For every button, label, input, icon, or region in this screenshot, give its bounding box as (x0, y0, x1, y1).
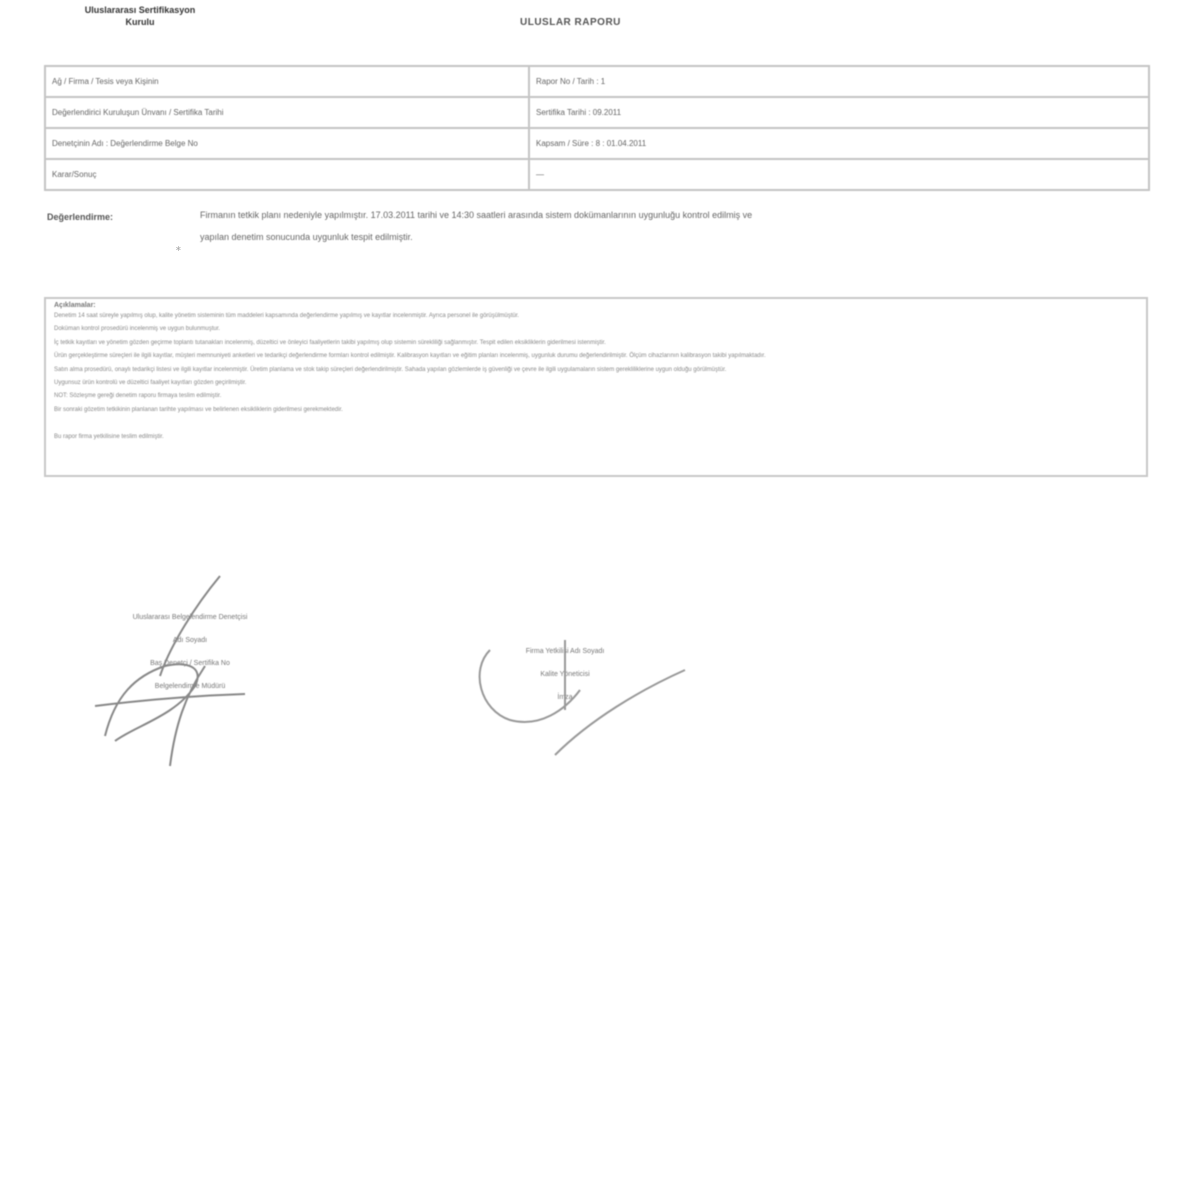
table-row: Değerlendirici Kuruluşun Ünvanı / Sertif… (45, 97, 1149, 128)
notes-line: Doküman kontrol prosedürü incelenmiş ve … (54, 323, 1138, 336)
notes-line: Satın alma prosedürü, onaylı tedarikçi l… (54, 364, 1138, 377)
notes-line: Bu rapor firma yetkilisine teslim edilmi… (54, 431, 1138, 444)
info-cell: Ağ / Firma / Tesis veya Kişinin (45, 66, 529, 97)
evaluation-text: Firmanın tetkik planı nedeniyle yapılmış… (200, 204, 1120, 248)
signature-scribble-icon (75, 606, 305, 776)
notes-line: Ürün gerçekleştirme süreçleri ile ilgili… (54, 350, 1138, 363)
table-row: Denetçinin Adı : Değerlendirme Belge No … (45, 128, 1149, 159)
evaluation-line: yapılan denetim sonucunda uygunluk tespi… (200, 226, 1120, 248)
info-cell: Değerlendirici Kuruluşun Ünvanı / Sertif… (45, 97, 529, 128)
table-row: Ağ / Firma / Tesis veya Kişinin Rapor No… (45, 66, 1149, 97)
table-row: Karar/Sonuç — (45, 159, 1149, 190)
info-cell: Karar/Sonuç (45, 159, 529, 190)
organization-header: Uluslararası Sertifikasyon Kurulu (70, 4, 210, 28)
notes-line: İç tetkik kayıtları ve yönetim gözden ge… (54, 337, 1138, 350)
notes-line: NOT: Sözleşme gereği denetim raporu firm… (54, 390, 1138, 403)
organization-name: Uluslararası Sertifikasyon (70, 4, 210, 16)
evaluation-label: Değerlendirme: (47, 212, 113, 222)
signature-block-left: Uluslararası Belgelendirme Denetçisi Adı… (75, 606, 305, 776)
signature-block-right: Firma Yetkilisi Adı Soyadı Kalite Yöneti… (470, 640, 660, 760)
notes-line: Bir sonraki gözetim tetkikinin planlanan… (54, 404, 1138, 417)
signature-scribble-icon (470, 640, 660, 760)
info-cell: Denetçinin Adı : Değerlendirme Belge No (45, 128, 529, 159)
notes-line: Uygunsuz ürün kontrolü ve düzeltici faal… (54, 377, 1138, 390)
notes-box: Açıklamalar: Denetim 14 saat süreyle yap… (44, 297, 1148, 477)
info-cell: — (529, 159, 1149, 190)
notes-label: Açıklamalar: (54, 301, 1138, 310)
info-table: Ağ / Firma / Tesis veya Kişinin Rapor No… (44, 65, 1150, 191)
info-cell: Kapsam / Süre : 8 : 01.04.2011 (529, 128, 1149, 159)
document-title: ULUSLAR RAPORU (520, 17, 621, 28)
notes-line: Denetim 14 saat süreyle yapılmış olup, k… (54, 310, 1138, 323)
notes-line (54, 417, 1138, 430)
info-cell: Rapor No / Tarih : 1 (529, 66, 1149, 97)
info-cell: Sertifika Tarihi : 09.2011 (529, 97, 1149, 128)
margin-mark: ∗ (175, 244, 182, 253)
organization-subtitle: Kurulu (70, 16, 210, 28)
evaluation-line: Firmanın tetkik planı nedeniyle yapılmış… (200, 204, 1120, 226)
